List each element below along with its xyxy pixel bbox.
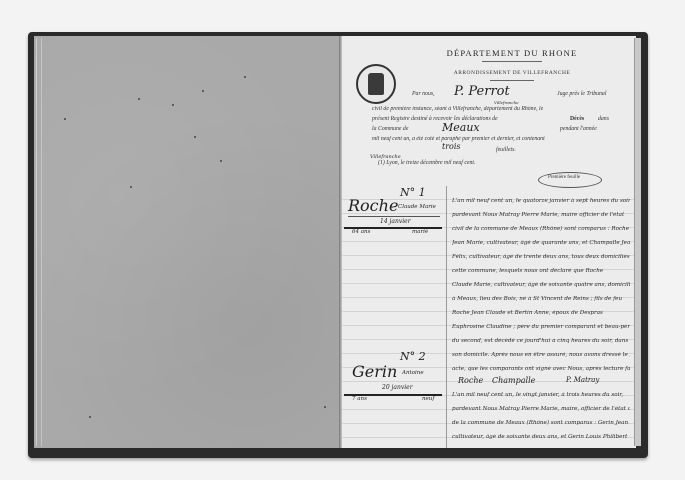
entry-1-body-line: pardevant Nous Matray Pierre Marie, mair…: [452, 212, 630, 218]
entry-1-body-line: Jean Marie, cultivateur, âgé de quarante…: [452, 240, 630, 246]
preamble-line4-prefix: la Commune de: [372, 126, 408, 132]
commune-name: Meaux: [442, 121, 480, 134]
arrondissement-heading: ARRONDISSEMENT DE VILLEFRANCHE: [402, 70, 622, 76]
ink-speck: [172, 104, 174, 106]
entry-2-status: neuf: [422, 396, 434, 402]
first-page-label: Première feuille: [548, 175, 580, 180]
entry-1-body-line: cette commune, lesquels nous ont déclaré…: [452, 268, 630, 274]
page-stack-edge-left: [36, 38, 42, 446]
ink-speck: [324, 406, 326, 408]
seat-correction: Villefranche: [494, 100, 519, 105]
entry-2-surname: Gerin: [352, 362, 397, 381]
entry-2-body-line: pardevant Nous Matray Pierre Marie, mair…: [452, 406, 630, 412]
entry-1-body-line: du second, est décédé ce jourd'hui à cin…: [452, 338, 630, 344]
entry-1-number: N° 1: [400, 186, 426, 199]
entry-2-given-names: Antoine: [402, 370, 424, 376]
entry-1-body-line: Félix, cultivateur, âgé de trente deux a…: [452, 254, 630, 260]
entry-1-underline: [348, 216, 440, 217]
ink-speck: [244, 76, 246, 78]
left-page-blank: [34, 36, 340, 448]
entry-1-signature-roche: Roche: [458, 376, 483, 385]
entry-1-body-line: L'an mil neuf cent un, le quatorze janvi…: [452, 198, 630, 204]
department-heading: DÉPARTEMENT DU RHONE: [402, 48, 622, 58]
entry-1-body-line: Claude Marie, cultivateur, âgé de soixan…: [452, 282, 630, 288]
preamble-line3-suffix: dans: [598, 116, 609, 122]
entry-2-number: N° 2: [400, 350, 426, 363]
margin-divider: [446, 186, 447, 448]
right-page-register: DÉPARTEMENT DU RHONE ARRONDISSEMENT DE V…: [342, 36, 636, 448]
entry-1-body-line: à Meaux, lieu des Bois, né à St Vincent …: [452, 296, 630, 302]
ink-speck: [220, 160, 222, 162]
entry-2-age: 7 ans: [352, 396, 367, 402]
preamble-line2: civil de première instance, séant à Vill…: [372, 106, 628, 112]
preamble-line3-bold: Décès: [570, 116, 584, 122]
ink-speck: [130, 186, 132, 188]
preamble-line1-prefix: Par nous,: [412, 91, 435, 97]
preamble-line7: (1) Lyon, le treize décembre mil neuf ce…: [378, 160, 475, 166]
republic-seal-stamp: [356, 64, 396, 104]
entry-1-body-line: Roche Jean Claude et Bertin Anne, époux …: [452, 310, 630, 316]
ink-speck: [64, 118, 66, 120]
entry-1-body-line: Euphrosine Claudine ; père du premier co…: [452, 324, 630, 330]
entry-1-signature-champalle: Champalle: [492, 376, 535, 385]
ink-speck: [138, 98, 140, 100]
entry-2-body-line: L'an mil neuf cent un, le vingt janvier,…: [452, 392, 630, 398]
page-stack-edge-right: [634, 38, 641, 446]
subheading-rule: [490, 80, 534, 81]
preamble-line4-suffix: pendant l'année: [560, 126, 597, 132]
entry-2-date: 20 janvier: [382, 384, 413, 391]
preamble-line1-suffix: Juge près le Tribunal: [557, 91, 606, 97]
preamble-line6-suffix: feuillets.: [496, 147, 516, 153]
entry-1-given-names: Claude Marie: [398, 204, 436, 210]
entry-1-body-line: son domicile. Après nous en être assuré,…: [452, 352, 630, 358]
entry-1-age: 64 ans: [352, 229, 370, 235]
entry-1-surname: Roche: [348, 196, 398, 215]
judge-signature: P. Perrot: [454, 84, 510, 99]
entry-1-signature-mayor: P. Matray: [566, 376, 599, 384]
page-count: trois: [442, 142, 461, 151]
heading-rule: [482, 61, 542, 62]
ink-speck: [202, 90, 204, 92]
seal-figure-icon: [368, 73, 384, 95]
preamble-line5: mil neuf cent un, a été coté et paraphé …: [372, 136, 628, 142]
entry-2-body-line: de la commune de Meaux (Rhône) sont comp…: [452, 420, 630, 426]
ink-speck: [194, 136, 196, 138]
entry-1-body-line: acte, que les comparants ont signé avec …: [452, 366, 630, 372]
ink-speck: [89, 416, 91, 418]
entry-1-body-line: civil de la commune de Meaux (Rhône) son…: [452, 226, 630, 232]
entry-2-body-line: cultivateur, âgé de soixante deux ans, e…: [452, 434, 630, 440]
entry-1-date: 14 janvier: [380, 218, 411, 225]
entry-1-status: marié: [412, 229, 428, 235]
